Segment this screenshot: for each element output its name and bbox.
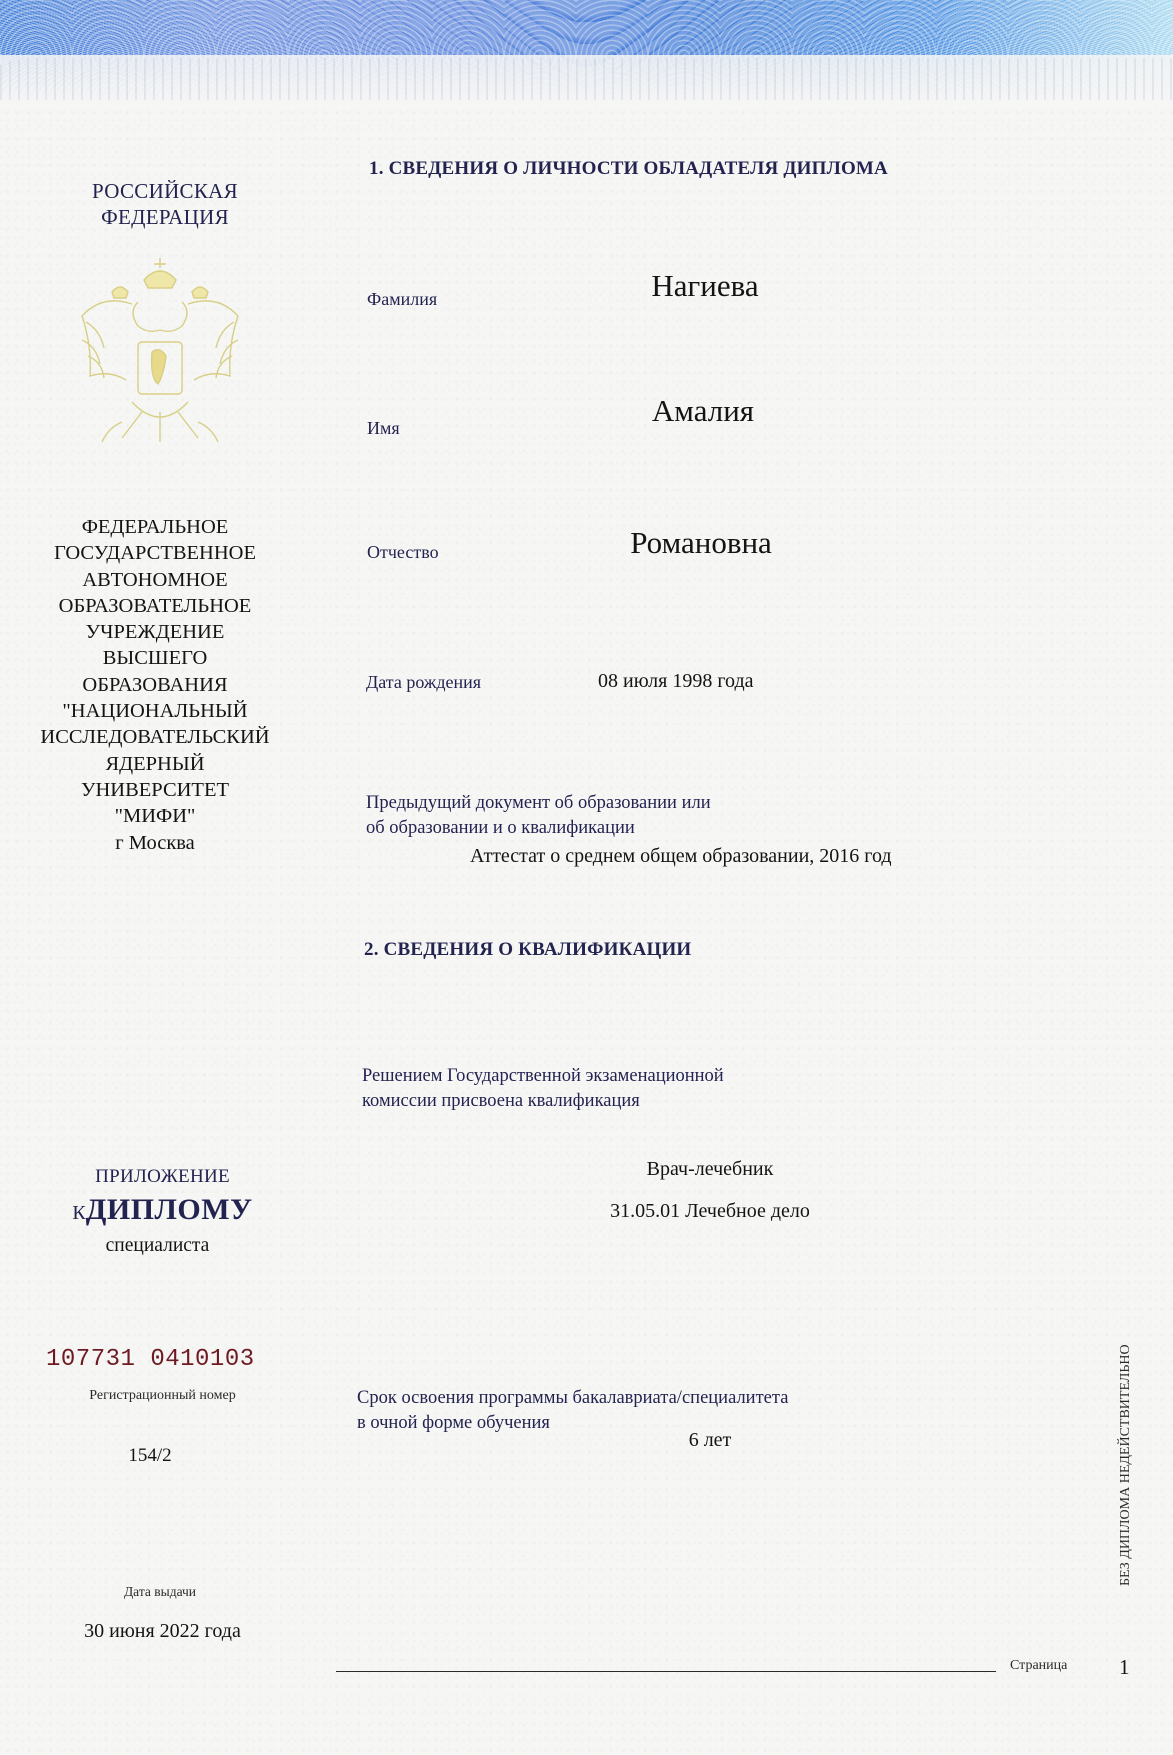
org-line: ОБРАЗОВАНИЯ — [20, 672, 290, 698]
appendix-diploma: ДИПЛОМУ — [86, 1193, 253, 1226]
security-pattern-lower — [0, 58, 1173, 100]
org-line: ИССЛЕДОВАТЕЛЬСКИЙ — [20, 724, 290, 750]
prev-doc-label: Предыдущий документ об образовании или о… — [366, 791, 866, 841]
country-line-2: ФЕДЕРАЦИЯ — [60, 204, 270, 230]
appendix-k: К — [72, 1202, 85, 1224]
dob-label: Дата рождения — [366, 672, 481, 693]
qualification-label-line-1: Решением Государственной экзаменационной — [362, 1064, 862, 1089]
issue-date-label: Дата выдачи — [60, 1584, 260, 1600]
country-title: РОССИЙСКАЯ ФЕДЕРАЦИЯ — [60, 178, 270, 230]
qualification-label-line-2: комиссии присвоена квалификация — [362, 1089, 862, 1114]
prev-doc-label-line-2: об образовании и о квалификации — [366, 816, 866, 841]
org-line: ВЫСШЕГО — [20, 645, 290, 671]
validity-note: БЕЗ ДИПЛОМА НЕДЕЙСТВИТЕЛЬНО — [1118, 1344, 1134, 1586]
org-line: "НАЦИОНАЛЬНЫЙ — [20, 698, 290, 724]
surname-label: Фамилия — [367, 289, 437, 310]
org-city: г Москва — [20, 830, 290, 856]
dob-value: 08 июля 1998 года — [598, 670, 754, 693]
surname-value: Нагиева — [505, 268, 905, 304]
org-line: УНИВЕРСИТЕТ — [20, 777, 290, 803]
section-1-heading: 1. СВЕДЕНИЯ О ЛИЧНОСТИ ОБЛАДАТЕЛЯ ДИПЛОМ… — [369, 158, 888, 180]
qualification-value: Врач-лечебник — [560, 1158, 860, 1181]
organization-name: ФЕДЕРАЛЬНОЕ ГОСУДАРСТВЕННОЕ АВТОНОМНОЕ О… — [20, 514, 290, 856]
study-term-label-line-1: Срок освоения программы бакалавриата/спе… — [357, 1386, 917, 1411]
appendix-level: специалиста — [50, 1235, 265, 1257]
patronymic-value: Романовна — [501, 525, 901, 561]
org-line: ЯДЕРНЫЙ — [20, 751, 290, 777]
russian-coat-of-arms-icon — [72, 252, 248, 452]
prev-doc-value: Аттестат о среднем общем образовании, 20… — [470, 845, 892, 868]
study-term-value: 6 лет — [620, 1429, 800, 1452]
appendix-title: ПРИЛОЖЕНИЕ — [40, 1166, 285, 1188]
org-line: "МИФИ" — [20, 803, 290, 829]
prev-doc-label-line-1: Предыдущий документ об образовании или — [366, 791, 866, 816]
issue-date: 30 июня 2022 года — [40, 1620, 285, 1643]
country-line-1: РОССИЙСКАЯ — [60, 178, 270, 204]
org-line: ОБРАЗОВАТЕЛЬНОЕ — [20, 593, 290, 619]
serial-number: 107731 0410103 — [46, 1346, 266, 1373]
name-value: Амалия — [503, 393, 903, 429]
footer-divider — [336, 1671, 996, 1672]
org-line: УЧРЕЖДЕНИЕ — [20, 619, 290, 645]
org-line: ФЕДЕРАЛЬНОЕ — [20, 514, 290, 540]
org-line: ГОСУДАРСТВЕННОЕ — [20, 540, 290, 566]
page-label: Страница — [1010, 1658, 1067, 1674]
section-2-heading: 2. СВЕДЕНИЯ О КВАЛИФИКАЦИИ — [364, 939, 691, 961]
page-number: 1 — [1119, 1655, 1130, 1680]
registration-label: Регистрационный номер — [40, 1388, 285, 1404]
specialty-value: 31.05.01 Лечебное дело — [560, 1200, 860, 1223]
qualification-label: Решением Государственной экзаменационной… — [362, 1064, 862, 1114]
name-label: Имя — [367, 418, 400, 439]
patronymic-label: Отчество — [367, 542, 439, 563]
registration-number: 154/2 — [60, 1445, 240, 1467]
org-line: АВТОНОМНОЕ — [20, 567, 290, 593]
appendix-diploma-line: КДИПЛОМУ — [40, 1193, 285, 1227]
